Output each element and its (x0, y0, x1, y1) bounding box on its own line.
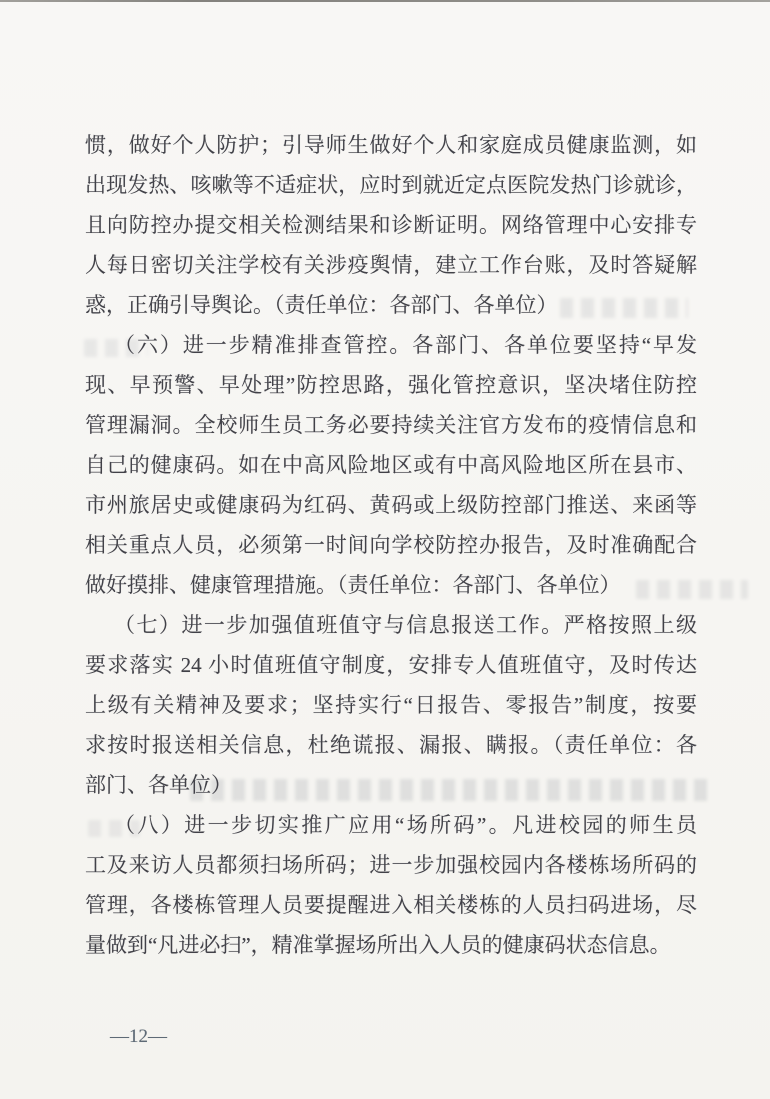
text-line: 市州旅居史或健康码为红码、黄码或上级防控部门推送、来函等 (85, 485, 697, 525)
text-line: 管理，各楼栋管理人员要提醒进入相关楼栋的人员扫码进场，尽 (85, 885, 697, 925)
paragraph-section-eight: （八）进一步切实推广应用“场所码”。凡进校园的师生员 工及来访人员都须扫场所码；… (85, 805, 697, 965)
page-number: —12— (110, 1026, 167, 1048)
text-line: 现、早预警、早处理”防控思路，强化管控意识，坚决堵住防控 (85, 365, 697, 405)
text-line: 做好摸排、健康管理措施。（责任单位：各部门、各单位） (85, 565, 697, 605)
text-line: 量做到“凡进必扫”，精准掌握场所出入人员的健康码状态信息。 (85, 925, 697, 965)
document-body: 惯，做好个人防护；引导师生做好个人和家庭成员健康监测，如 出现发热、咳嗽等不适症… (85, 125, 697, 965)
text-line: （七）进一步加强值班值守与信息报送工作。严格按照上级 (85, 605, 697, 645)
paragraph-section-six: （六）进一步精准排查管控。各部门、各单位要坚持“早发 现、早预警、早处理”防控思… (85, 325, 697, 605)
text-line: 求按时报送相关信息，杜绝谎报、漏报、瞒报。（责任单位：各 (85, 725, 697, 765)
paragraph-section-seven: （七）进一步加强值班值守与信息报送工作。严格按照上级 要求落实 24 小时值班值… (85, 605, 697, 805)
text-line: 工及来访人员都须扫场所码；进一步加强校园内各楼栋场所码的 (85, 845, 697, 885)
scanned-document-page: 惯，做好个人防护；引导师生做好个人和家庭成员健康监测，如 出现发热、咳嗽等不适症… (0, 0, 770, 1099)
text-line: （六）进一步精准排查管控。各部门、各单位要坚持“早发 (85, 325, 697, 365)
scan-edge-artifact (0, 0, 770, 2)
paragraph-continuation: 惯，做好个人防护；引导师生做好个人和家庭成员健康监测，如 出现发热、咳嗽等不适症… (85, 125, 697, 325)
text-line: 出现发热、咳嗽等不适症状，应时到就近定点医院发热门诊就诊， (85, 165, 697, 205)
text-line: 惯，做好个人防护；引导师生做好个人和家庭成员健康监测，如 (85, 125, 697, 165)
text-line: 相关重点人员，必须第一时间向学校防控办报告，及时准确配合 (85, 525, 697, 565)
text-line: 上级有关精神及要求；坚持实行“日报告、零报告”制度，按要 (85, 685, 697, 725)
text-line: （八）进一步切实推广应用“场所码”。凡进校园的师生员 (85, 805, 697, 845)
text-line: 管理漏洞。全校师生员工务必要持续关注官方发布的疫情信息和 (85, 405, 697, 445)
text-line: 自己的健康码。如在中高风险地区或有中高风险地区所在县市、 (85, 445, 697, 485)
text-line: 且向防控办提交相关检测结果和诊断证明。网络管理中心安排专 (85, 205, 697, 245)
text-line: 惑，正确引导舆论。（责任单位：各部门、各单位） (85, 285, 697, 325)
text-line: 人每日密切关注学校有关涉疫舆情，建立工作台账，及时答疑解 (85, 245, 697, 285)
text-line: 部门、各单位） (85, 765, 697, 805)
text-line: 要求落实 24 小时值班值守制度，安排专人值班值守，及时传达 (85, 645, 697, 685)
